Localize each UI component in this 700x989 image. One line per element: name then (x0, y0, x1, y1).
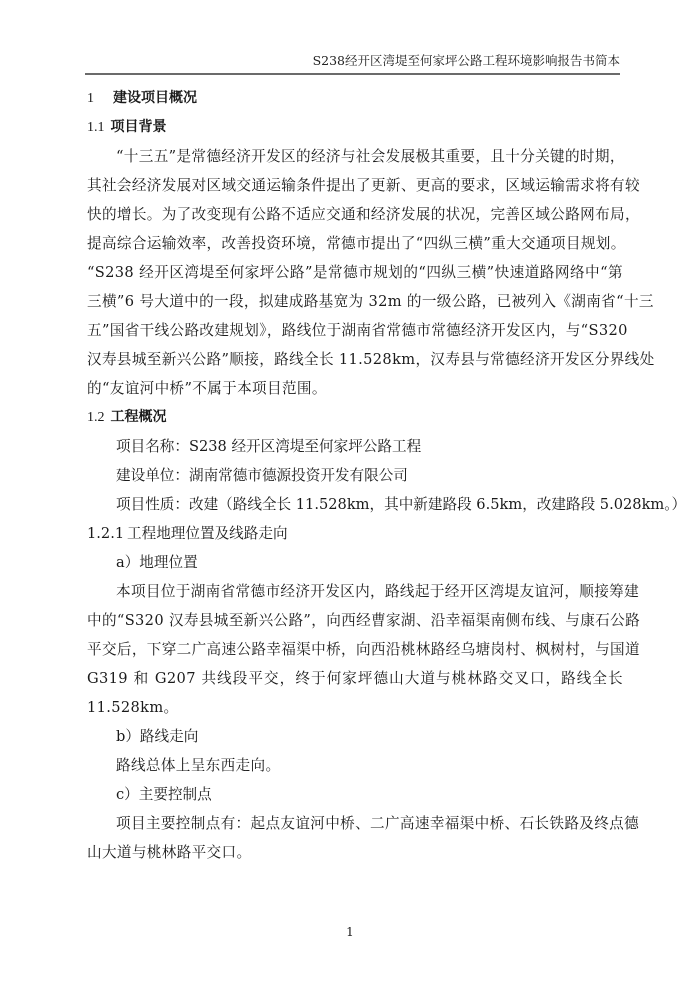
subheading-route: b）路线走向 (87, 722, 623, 751)
section-number: 1 (87, 84, 113, 113)
text-line: 平交后，下穿二广高速公路幸福渠中桥，向西沿桃林路经乌塘岗村、枫树村，与国道 (87, 635, 623, 664)
control-points-paragraph: 项目主要控制点有：起点友谊河中桥、二广高速幸福渠中桥、石长铁路及终点德 山大道与… (87, 809, 623, 867)
header-divider (85, 73, 620, 75)
section-title: 工程地理位置及线路走向 (127, 525, 288, 542)
section-number: 1.2.1 (87, 519, 127, 548)
section-heading-1-2: 1.2工程概况 (87, 403, 623, 432)
subheading-location: a）地理位置 (87, 548, 623, 577)
page-number: 1 (0, 925, 700, 939)
text-line: 11.528km。 (87, 693, 623, 722)
section-title: 工程概况 (111, 409, 167, 425)
location-paragraph: 本项目位于湖南省常德市经济开发区内，路线起于经开区湾堤友谊河，顺接筹建 中的“S… (87, 577, 623, 722)
section-heading-1-2-1: 1.2.1工程地理位置及线路走向 (87, 519, 623, 548)
text-line: 中的“S320 汉寿县城至新兴公路”，向西经曹家湖、沿幸福渠南侧布线、与康石公路 (87, 606, 623, 635)
text-line: 汉寿县城至新兴公路”顺接，路线全长 11.528km，汉寿县与常德经济开发区分界… (87, 345, 623, 374)
section-heading-1-1: 1.1项目背景 (87, 113, 623, 142)
text-line: “十三五”是常德经济开发区的经济与社会发展极其重要，且十分关键的时期， (87, 142, 623, 171)
construction-unit: 建设单位：湖南常德市德源投资开发有限公司 (87, 461, 623, 490)
section-number: 1.2 (87, 410, 105, 425)
text-line: 山大道与桃林路平交口。 (87, 838, 623, 867)
section-title: 建设项目概况 (113, 90, 197, 106)
document-body: 1建设项目概况 1.1项目背景 “十三五”是常德经济开发区的经济与社会发展极其重… (87, 84, 623, 867)
running-header: S238经开区湾堤至何家坪公路工程环境影响报告书简本 (85, 52, 620, 70)
text-line: 其社会经济发展对区域交通运输条件提出了更新、更高的要求，区域运输需求将有较 (87, 171, 623, 200)
text-line: 本项目位于湖南省常德市经济开发区内，路线起于经开区湾堤友谊河，顺接筹建 (87, 577, 623, 606)
text-line: 快的增长。为了改变现有公路不适应交通和经济发展的状况，完善区域公路网布局， (87, 200, 623, 229)
section-heading-1: 1建设项目概况 (87, 84, 623, 113)
text-line: G319 和 G207 共线段平交，终于何家坪德山大道与桃林路交叉口，路线全长 (87, 664, 623, 693)
text-line: “S238 经开区湾堤至何家坪公路”是常德市规划的“四纵三横”快速道路网络中“第 (87, 258, 623, 287)
subheading-control-points: c）主要控制点 (87, 780, 623, 809)
background-paragraph: “十三五”是常德经济开发区的经济与社会发展极其重要，且十分关键的时期， 其社会经… (87, 142, 623, 403)
text-line: 提高综合运输效率，改善投资环境，常德市提出了“四纵三横”重大交通项目规划。 (87, 229, 623, 258)
route-paragraph: 路线总体上呈东西走向。 (87, 751, 623, 780)
text-line: 项目主要控制点有：起点友谊河中桥、二广高速幸福渠中桥、石长铁路及终点德 (87, 809, 623, 838)
text-line: 五”国省干线公路改建规划》，路线位于湖南省常德市常德经济开发区内，与“S320 (87, 316, 623, 345)
text-line: 三横”6 号大道中的一段，拟建成路基宽为 32m 的一级公路，已被列入《湖南省“… (87, 287, 623, 316)
project-name: 项目名称：S238 经开区湾堤至何家坪公路工程 (87, 432, 623, 461)
text-line: 的“友谊河中桥”不属于本项目范围。 (87, 374, 623, 403)
section-number: 1.1 (87, 120, 105, 135)
section-title: 项目背景 (111, 119, 167, 135)
project-nature: 项目性质：改建（路线全长 11.528km，其中新建路段 6.5km，改建路段 … (87, 490, 623, 519)
